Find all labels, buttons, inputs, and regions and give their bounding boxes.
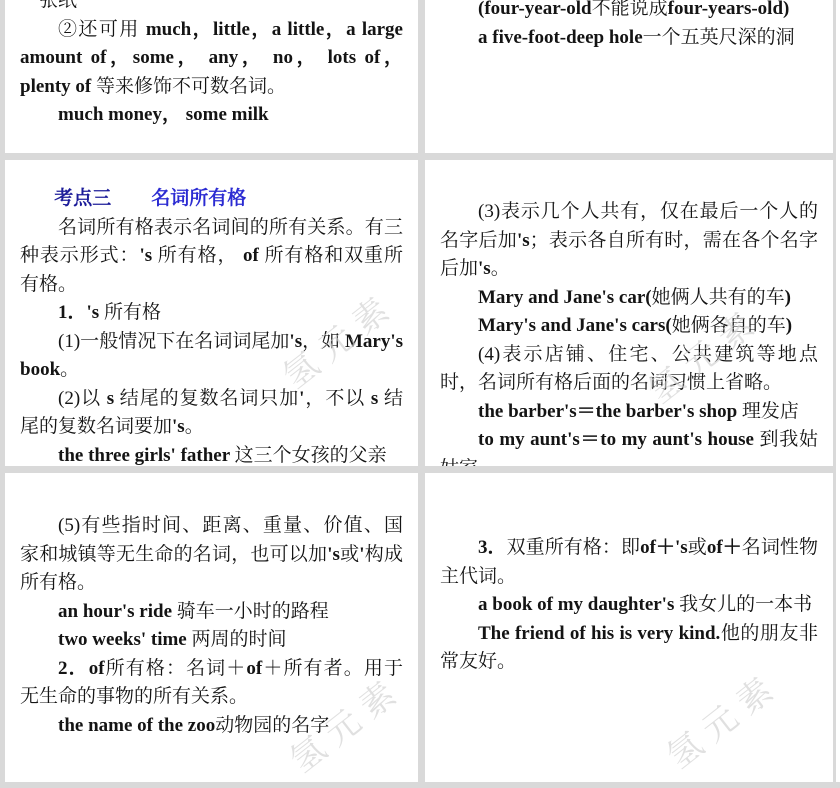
slide-text: 考点三名词所有格名词所有格表示名词间的所有关系。有三种表示形式：'s 所有格， … bbox=[5, 160, 418, 466]
text: 两周的时间 bbox=[192, 629, 287, 650]
paragraph: a five-foot-deep hole一个五英尺深的洞 bbox=[440, 24, 818, 53]
paragraph: 2．of所有格：名词＋of＋所有者。用于无生命的事物的所有关系。 bbox=[20, 655, 403, 712]
text: (1)一般情况下在名词词尾加 bbox=[58, 331, 289, 352]
bold-text: 1．'s bbox=[58, 302, 104, 323]
slide-text: 一张纸②还可用 much，little，a little，a large amo… bbox=[5, 0, 418, 130]
paragraph: 3．双重所有格：即of＋'s或of＋名词性物主代词。 bbox=[440, 534, 818, 591]
text: 。 bbox=[491, 258, 510, 279]
bold-text: ) bbox=[785, 287, 791, 308]
paragraph: The friend of his is very kind.他的朋友非常友好。 bbox=[440, 620, 818, 677]
bold-text: of＋ bbox=[707, 537, 742, 558]
text: 等来修饰不可数名词。 bbox=[96, 76, 286, 97]
slide-middle-right: (3)表示几个人共有，仅在最后一个人的名字后加's；表示各自所有时，需在各个名字… bbox=[425, 160, 833, 466]
text: 骑车一小时的路程 bbox=[177, 601, 329, 622]
text: 动物园的名字 bbox=[215, 715, 329, 736]
paragraph: two weeks' time 两周的时间 bbox=[20, 626, 403, 655]
paragraph: the name of the zoo动物园的名字 bbox=[20, 712, 403, 741]
text: ，不以 bbox=[304, 388, 370, 409]
bold-text: the barber's＝the barber's shop bbox=[478, 401, 742, 422]
bold-text: an hour's ride bbox=[58, 601, 177, 622]
bold-text: 3． bbox=[478, 537, 507, 558]
text: 她俩人共有的车 bbox=[652, 287, 785, 308]
row-gap-2 bbox=[0, 466, 836, 473]
slide-text: (5)有些指时间、距离、重量、价值、国家和城镇等无生命的名词，也可以加's或'构… bbox=[5, 473, 418, 740]
bold-text: two weeks' time bbox=[58, 629, 192, 650]
slide-grid-page: { "colors": { "heading_label": "#1c1c99"… bbox=[0, 0, 840, 788]
slide-bottom-right: 3．双重所有格：即of＋'s或of＋名词性物主代词。a book of my d… bbox=[425, 473, 833, 782]
paragraph: (2)以 s 结尾的复数名词只加'，不以 s 结尾的复数名词要加's。 bbox=[20, 385, 403, 442]
column-gap bbox=[418, 0, 425, 788]
text: 。 bbox=[185, 416, 204, 437]
bold-text: ) bbox=[786, 315, 792, 336]
bold-text: 's bbox=[289, 331, 302, 352]
text: ②还可用 bbox=[58, 19, 146, 40]
paragraph: much money， some milk bbox=[20, 101, 403, 130]
paragraph: ②还可用 much，little，a little，a large amount… bbox=[20, 16, 403, 102]
text: 或 bbox=[340, 544, 359, 565]
frame-bottom bbox=[0, 782, 840, 788]
bold-text: 's bbox=[478, 258, 491, 279]
bold-text: The friend of his is very kind. bbox=[478, 623, 720, 644]
frame-right bbox=[833, 0, 836, 788]
row-gap-1 bbox=[0, 153, 836, 160]
text: ，如 bbox=[302, 331, 345, 352]
text: 双重所有格：即 bbox=[507, 537, 640, 558]
bold-text: the three girls' father bbox=[58, 445, 235, 466]
slide-text: 3．双重所有格：即of＋'s或of＋名词性物主代词。a book of my d… bbox=[425, 473, 833, 677]
bold-text: 's bbox=[517, 230, 530, 251]
text: 所有格 bbox=[104, 302, 161, 323]
slide-text: (3)表示几个人共有，仅在最后一个人的名字后加's；表示各自所有时，需在各个名字… bbox=[425, 160, 833, 466]
bold-text: s bbox=[371, 388, 384, 409]
heading-title: 名词所有格 bbox=[151, 188, 246, 209]
slide-text: (four-year-old不能说成four-years-old)a five-… bbox=[425, 0, 833, 52]
text: 一个五英尺深的洞 bbox=[643, 27, 795, 48]
paragraph: Mary's and Jane's cars(她俩各自的车) bbox=[440, 312, 818, 341]
bold-text: four-years-old) bbox=[668, 0, 790, 19]
bold-text: 's bbox=[327, 544, 340, 565]
section-heading: 考点三名词所有格 bbox=[20, 185, 403, 214]
text: (4)表示店铺、住宅、公共建筑等地点时，名词所有格后面的名词习惯上省略。 bbox=[440, 344, 818, 394]
bold-text: 2．of bbox=[58, 658, 105, 679]
bold-text: (four-year-old bbox=[478, 0, 592, 19]
paragraph: (5)有些指时间、距离、重量、价值、国家和城镇等无生命的名词，也可以加's或'构… bbox=[20, 512, 403, 598]
bold-text: s bbox=[107, 388, 120, 409]
text: 理发店 bbox=[742, 401, 799, 422]
bold-text: 's bbox=[172, 416, 185, 437]
text: 结尾的复数名词只加 bbox=[120, 388, 299, 409]
paragraph: (1)一般情况下在名词词尾加's，如 Mary's book。 bbox=[20, 328, 403, 385]
text: 这三个女孩的父亲 bbox=[235, 445, 387, 466]
bold-text: of bbox=[243, 245, 264, 266]
paragraph: 一张纸 bbox=[20, 0, 403, 16]
text: 所有格， bbox=[158, 245, 243, 266]
bold-text: Mary's and Jane's cars( bbox=[478, 315, 672, 336]
paragraph: Mary and Jane's car(她俩人共有的车) bbox=[440, 284, 818, 313]
text: 。 bbox=[60, 359, 79, 380]
slide-middle-left: 考点三名词所有格名词所有格表示名词间的所有关系。有三种表示形式：'s 所有格， … bbox=[5, 160, 418, 466]
text: 不能说成 bbox=[592, 0, 668, 19]
bold-text: of＋'s bbox=[640, 537, 688, 558]
paragraph: 1．'s 所有格 bbox=[20, 299, 403, 328]
slide-top-left: 一张纸②还可用 much，little，a little，a large amo… bbox=[5, 0, 418, 153]
text: 或 bbox=[688, 537, 707, 558]
paragraph: the barber's＝the barber's shop 理发店 bbox=[440, 398, 818, 427]
paragraph: the three girls' father 这三个女孩的父亲 bbox=[20, 442, 403, 467]
paragraph: (4)表示店铺、住宅、公共建筑等地点时，名词所有格后面的名词习惯上省略。 bbox=[440, 341, 818, 398]
bold-text: the name of the zoo bbox=[58, 715, 215, 736]
text: 所有格：名词＋ bbox=[105, 658, 247, 679]
slide-top-right: (four-year-old不能说成four-years-old)a five-… bbox=[425, 0, 833, 153]
bold-text: of bbox=[246, 658, 262, 679]
paragraph: (3)表示几个人共有，仅在最后一个人的名字后加's；表示各自所有时，需在各个名字… bbox=[440, 198, 818, 284]
paragraph: to my aunt's＝to my aunt's house 到我姑姑家 bbox=[440, 426, 818, 466]
paragraph: a book of my daughter's 我女儿的一本书 bbox=[440, 591, 818, 620]
paragraph: (four-year-old不能说成four-years-old) bbox=[440, 0, 818, 24]
heading-label: 考点三 bbox=[54, 188, 111, 209]
bold-text: much money， some milk bbox=[58, 104, 269, 125]
paragraph: 名词所有格表示名词间的所有关系。有三种表示形式：'s 所有格， of 所有格和双… bbox=[20, 214, 403, 300]
text: 我女儿的一本书 bbox=[679, 594, 812, 615]
text: 她俩各自的车 bbox=[672, 315, 786, 336]
paragraph: an hour's ride 骑车一小时的路程 bbox=[20, 598, 403, 627]
text: (2)以 bbox=[58, 388, 107, 409]
bold-text: Mary and Jane's car( bbox=[478, 287, 652, 308]
bold-text: to my aunt's＝to my aunt's house bbox=[478, 429, 760, 450]
bold-text: a five-foot-deep hole bbox=[478, 27, 643, 48]
slide-bottom-left: (5)有些指时间、距离、重量、价值、国家和城镇等无生命的名词，也可以加's或'构… bbox=[5, 473, 418, 782]
bold-text: a book of my daughter's bbox=[478, 594, 679, 615]
bold-text: 's bbox=[139, 245, 157, 266]
text: 一张纸 bbox=[20, 0, 77, 11]
